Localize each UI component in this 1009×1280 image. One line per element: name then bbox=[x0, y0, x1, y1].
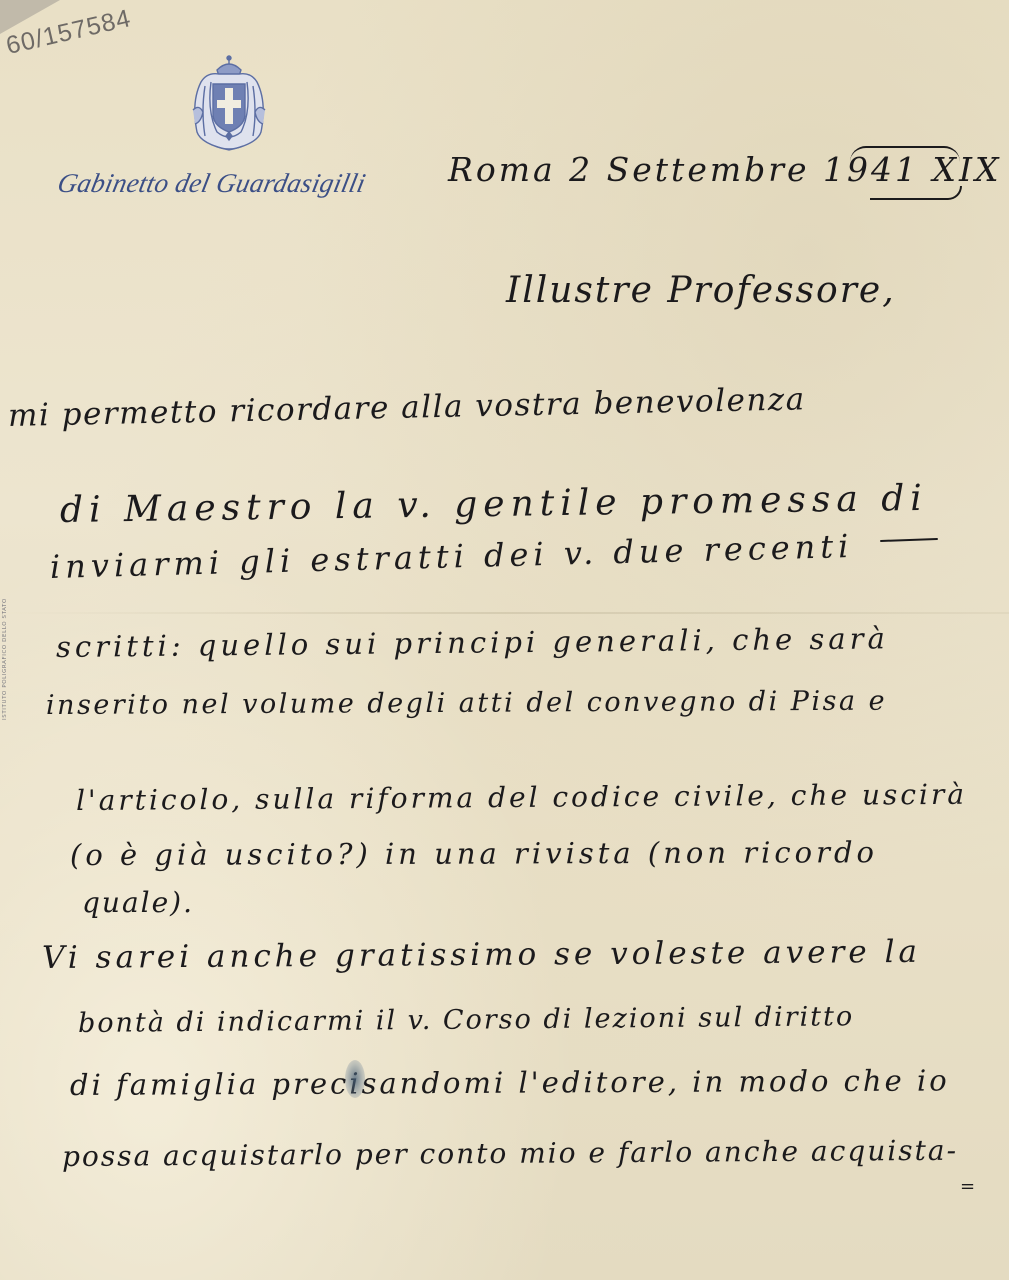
date-underline-mark bbox=[870, 186, 962, 200]
letterhead-title: Gabinetto del Guardasigilli bbox=[55, 168, 369, 199]
body-line-12: possa acquistarlo per conto mio e farlo … bbox=[62, 1134, 958, 1173]
body-line-6: l'articolo, sulla riforma del codice civ… bbox=[76, 778, 967, 817]
salutation: Illustre Professore, bbox=[506, 270, 896, 311]
body-line-11: di famiglia precisandomi l'editore, in m… bbox=[70, 1063, 950, 1102]
body-line-7: (o è già uscito?) in una rivista (non ri… bbox=[70, 835, 878, 872]
body-line-8: quale). bbox=[82, 886, 194, 919]
continuation-mark: = bbox=[960, 1176, 975, 1197]
date-overline-mark bbox=[850, 146, 960, 162]
printer-mark: ISTITUTO POLIGRAFICO DELLO STATO bbox=[2, 600, 14, 720]
body-line-5: inserito nel volume degli atti del conve… bbox=[46, 686, 887, 721]
paper-fold-line bbox=[0, 612, 1009, 614]
savoy-crest-icon bbox=[187, 52, 271, 156]
body-line-9: Vi sarei anche gratissimo se voleste ave… bbox=[42, 934, 921, 976]
ink-blot bbox=[345, 1060, 365, 1098]
